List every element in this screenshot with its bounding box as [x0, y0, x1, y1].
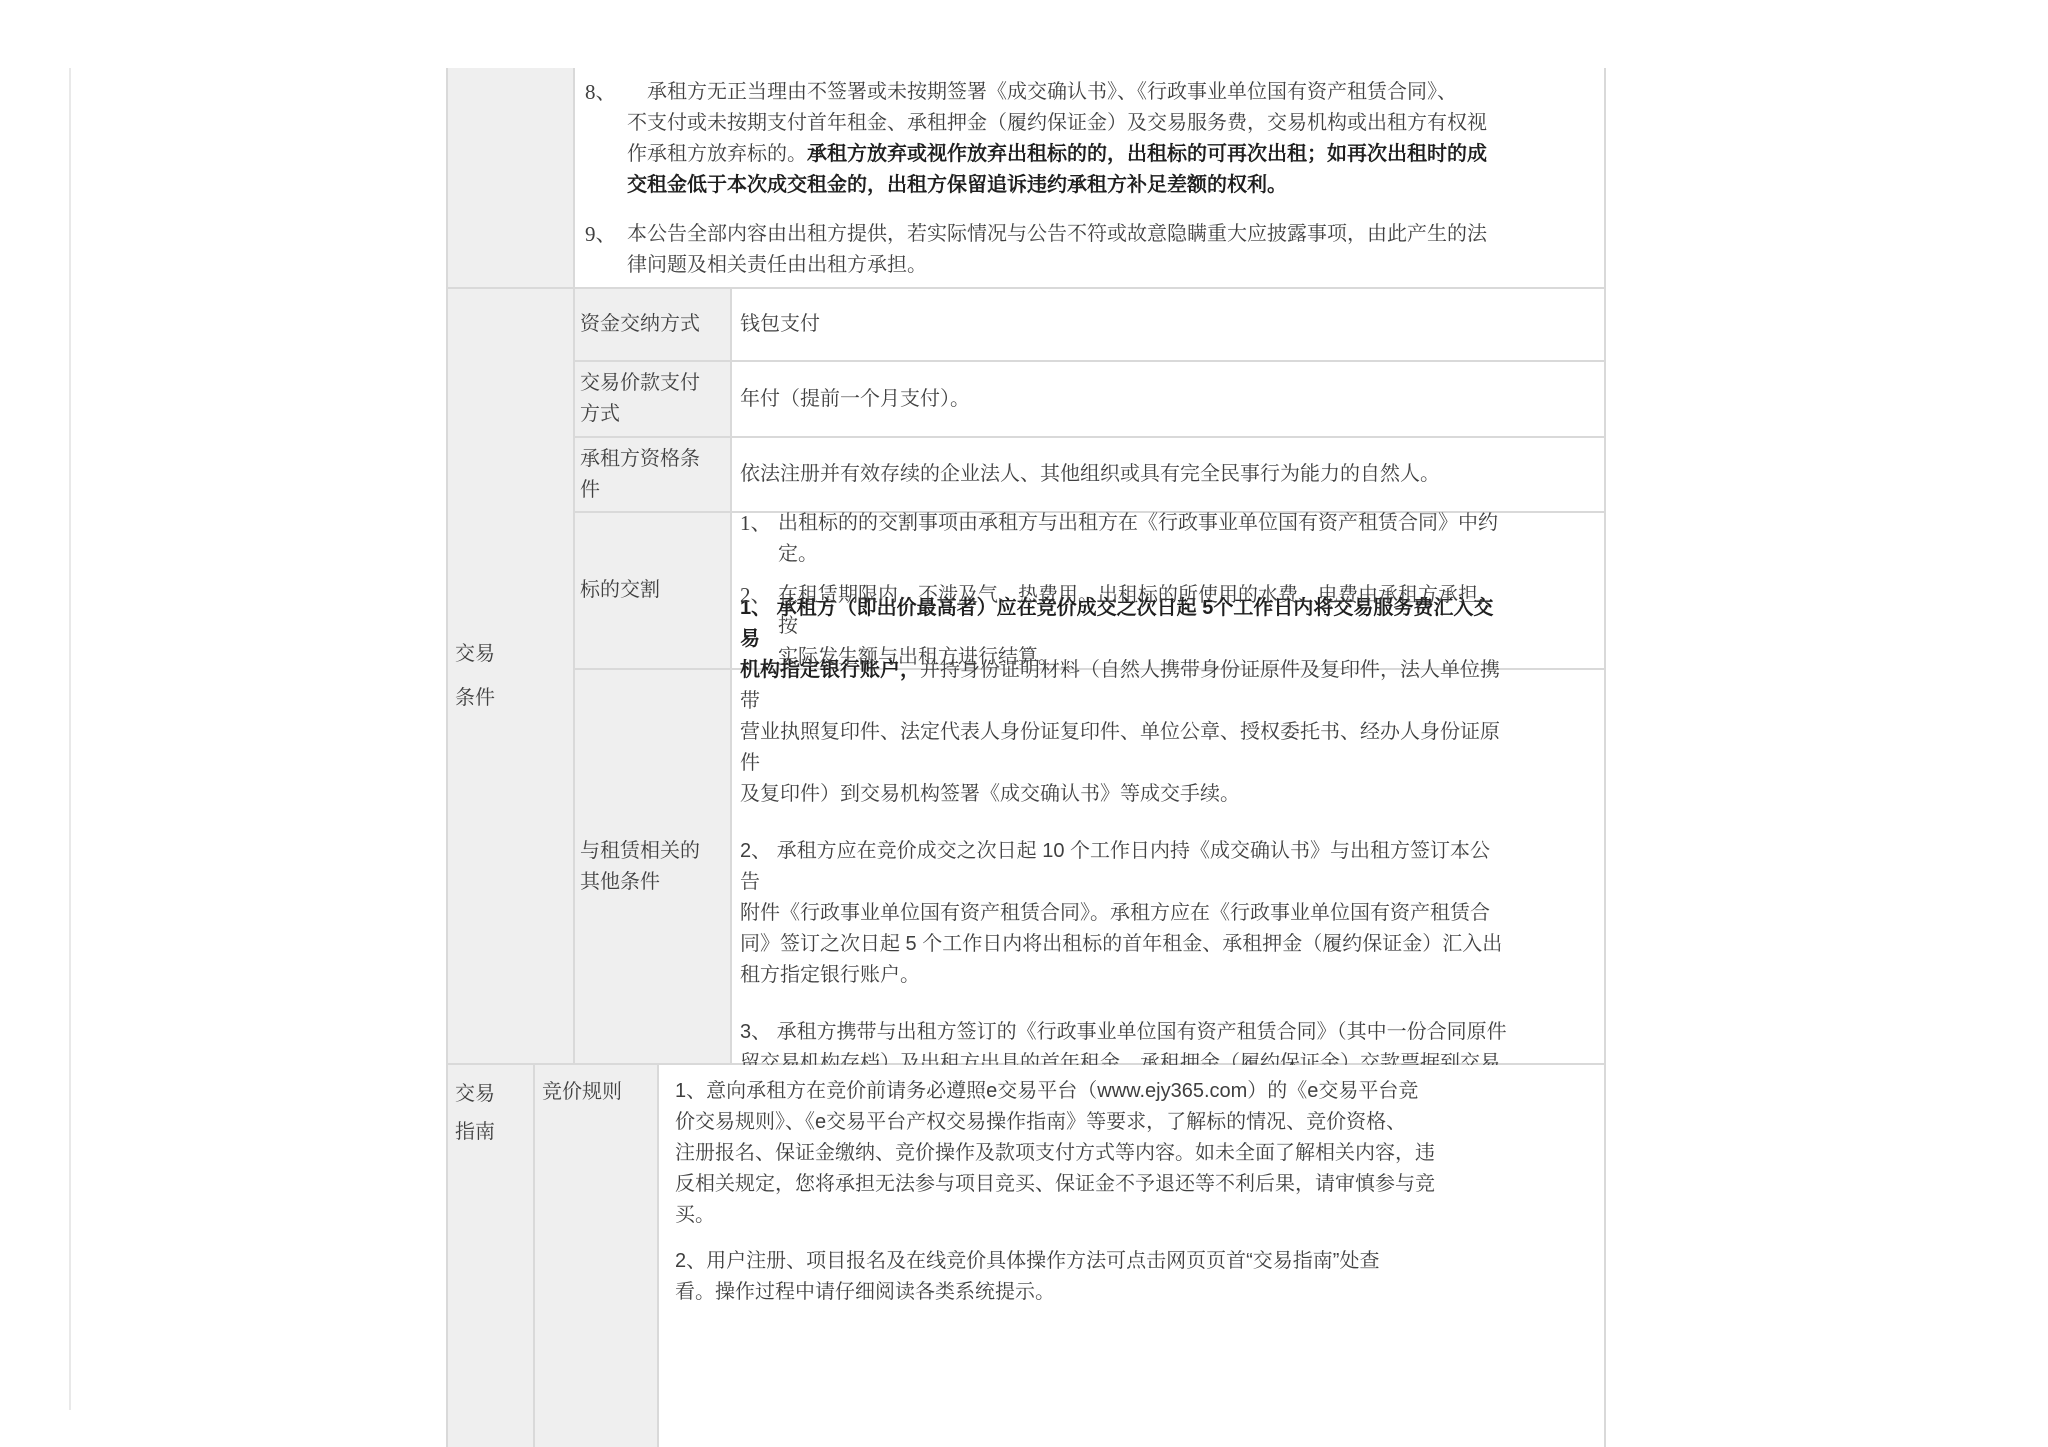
guide-section: 交易 指南 竞价规则 1、意向承租方在竞价前请务必遵照e交易平台（www.ejy… [448, 1065, 1604, 1447]
delivery-item-1: 1、 出租标的的交割事项由承租方与出租方在《行政事业单位国有资产租赁合同》中约 … [740, 508, 1509, 570]
row-label: 交易价款支付 方式 [580, 368, 700, 430]
conditions-section: 交易 条件 资金交纳方式 钱包支付 交易价款支付 方式 年付（提 [448, 289, 1604, 1065]
row-value-cell: 1、 承租方（即出价最高者）应在竞价成交之次日起 5个工作日内将交易服务费汇入交… [732, 670, 1604, 1063]
row-label-cell: 与租赁相关的 其他条件 [575, 670, 732, 1063]
row-fund-payment-method: 资金交纳方式 钱包支付 [575, 289, 1604, 362]
notes-group-label-cell [448, 68, 575, 287]
announcement-page: 8、 承租方无正当理由不签署或未按期签署《成交确认书》、《行政事业单位国有资产租… [0, 0, 2048, 1447]
notes-section: 8、 承租方无正当理由不签署或未按期签署《成交确认书》、《行政事业单位国有资产租… [448, 68, 1604, 289]
other-condition-paragraph-2: 2、 承租方应在竞价成交之次日起 10 个工作日内持《成交确认书》与出租方签订本… [740, 836, 1509, 991]
guide-paragraph-2: 2、用户注册、项目报名及在线竞价具体操作方法可点击网页页首“交易指南”处查 看。… [675, 1246, 1494, 1308]
row-value: 依法注册并有效存续的企业法人、其他组织或具有完全民事行为能力的自然人。 [740, 459, 1509, 490]
row-value-cell: 钱包支付 [732, 289, 1604, 360]
row-other-lease-conditions: 与租赁相关的 其他条件 1、 承租方（即出价最高者）应在竞价成交之次日起 5个工… [575, 670, 1604, 1063]
row-value: 钱包支付 [740, 309, 1509, 340]
guide-paragraph-1: 1、意向承租方在竞价前请务必遵照e交易平台（www.ejy365.com）的《e… [675, 1076, 1494, 1231]
note-item-8-text: 承租方无正当理由不签署或未按期签署《成交确认书》、《行政事业单位国有资产租赁合同… [627, 77, 1574, 201]
row-value: 年付（提前一个月支付）。 [740, 384, 1509, 415]
guide-content-cell: 1、意向承租方在竞价前请务必遵照e交易平台（www.ejy365.com）的《e… [659, 1065, 1604, 1447]
delivery-item-1-text: 出租标的的交割事项由承租方与出租方在《行政事业单位国有资产租赁合同》中约 定。 [778, 508, 1509, 570]
row-subject-delivery: 标的交割 1、 出租标的的交割事项由承租方与出租方在《行政事业单位国有资产租赁合… [575, 513, 1604, 670]
delivery-item-1-number: 1、 [740, 508, 772, 539]
notes-content-cell: 8、 承租方无正当理由不签署或未按期签署《成交确认书》、《行政事业单位国有资产租… [575, 68, 1604, 287]
row-value-cell: 1、 出租标的的交割事项由承租方与出租方在《行政事业单位国有资产租赁合同》中约 … [732, 513, 1604, 668]
note-item-9-text: 本公告全部内容由出租方提供，若实际情况与公告不符或故意隐瞒重大应披露事项，由此产… [627, 219, 1574, 281]
note-item-8: 8、 承租方无正当理由不签署或未按期签署《成交确认书》、《行政事业单位国有资产租… [585, 77, 1574, 201]
row-label: 资金交纳方式 [580, 309, 700, 340]
guide-row-label: 竞价规则 [542, 1077, 651, 1108]
row-label: 承租方资格条 件 [580, 444, 700, 506]
row-value-cell: 年付（提前一个月支付）。 [732, 362, 1604, 436]
row-label-cell: 资金交纳方式 [575, 289, 732, 360]
conditions-group-label: 交易 条件 [455, 632, 495, 720]
row-label: 与租赁相关的 其他条件 [580, 836, 700, 898]
guide-group-label-cell: 交易 指南 [448, 1065, 535, 1447]
row-label-cell: 标的交割 [575, 513, 732, 668]
page-left-border [69, 68, 71, 1410]
guide-row-label-cell: 竞价规则 [535, 1065, 659, 1447]
note-item-8-number: 8、 [585, 77, 617, 108]
row-value-cell: 依法注册并有效存续的企业法人、其他组织或具有完全民事行为能力的自然人。 [732, 438, 1604, 511]
guide-group-label: 交易 指南 [455, 1075, 533, 1151]
delivery-item-2-number: 2、 [740, 580, 772, 611]
note-item-9: 9、 本公告全部内容由出租方提供，若实际情况与公告不符或故意隐瞒重大应披露事项，… [585, 219, 1574, 281]
announcement-table: 8、 承租方无正当理由不签署或未按期签署《成交确认书》、《行政事业单位国有资产租… [446, 68, 1606, 1447]
delivery-item-2-text: 在租赁期限内，不涉及气、热费用。出租标的所使用的水费、电费由承租方承担，按 实际… [778, 580, 1509, 673]
conditions-rows: 资金交纳方式 钱包支付 交易价款支付 方式 年付（提前一个月支付）。 [575, 289, 1604, 1063]
row-label: 标的交割 [580, 575, 660, 606]
delivery-item-2: 2、 在租赁期限内，不涉及气、热费用。出租标的所使用的水费、电费由承租方承担，按… [740, 580, 1509, 673]
note-item-9-number: 9、 [585, 219, 617, 250]
conditions-group-label-cell: 交易 条件 [448, 289, 575, 1063]
row-lessee-qualification: 承租方资格条 件 依法注册并有效存续的企业法人、其他组织或具有完全民事行为能力的… [575, 438, 1604, 513]
row-label-cell: 承租方资格条 件 [575, 438, 732, 511]
row-price-payment-method: 交易价款支付 方式 年付（提前一个月支付）。 [575, 362, 1604, 438]
row-label-cell: 交易价款支付 方式 [575, 362, 732, 436]
